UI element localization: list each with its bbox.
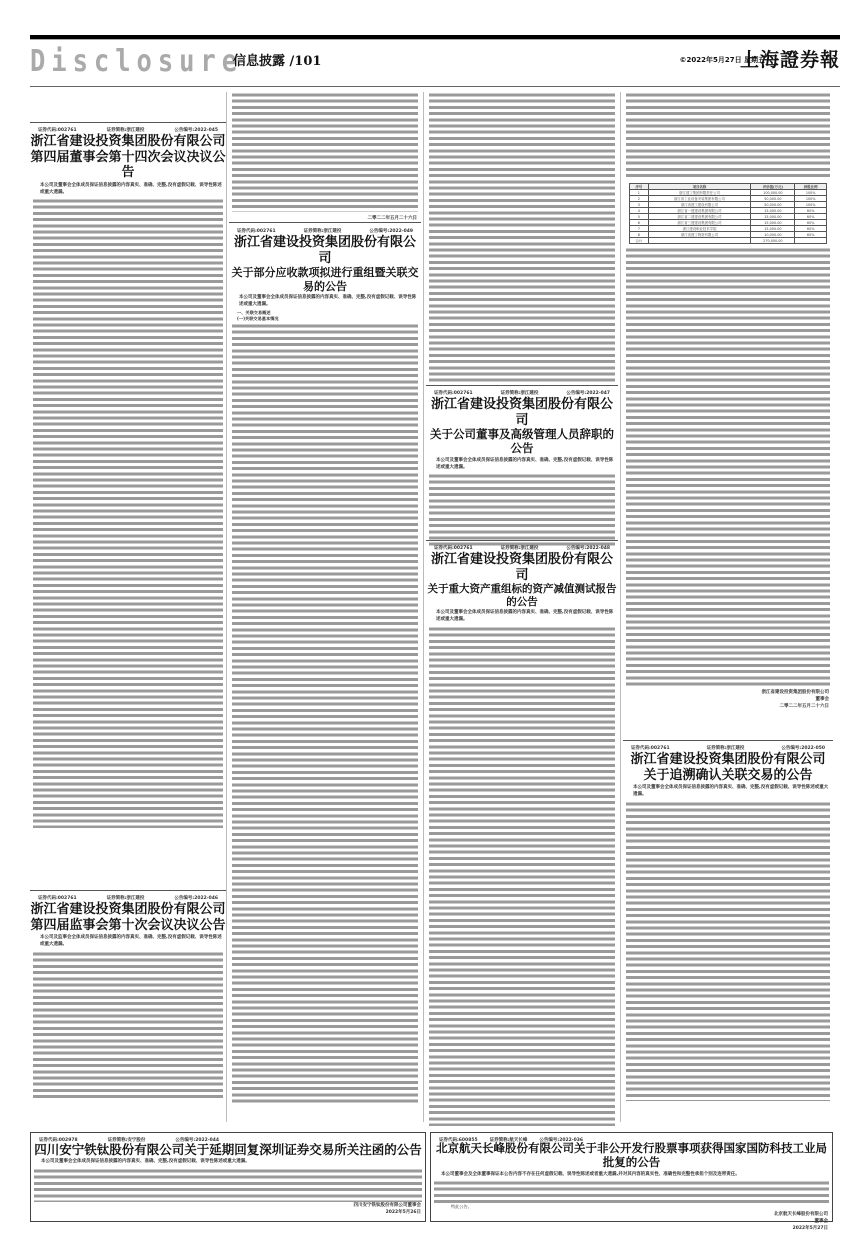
article-title-line1: 浙江省建设投资集团股份有限公司 xyxy=(30,902,226,918)
notice-title: 北京航天长峰股份有限公司关于非公开发行股票事项获得国家国防科技工业局批复的公告 xyxy=(431,1142,832,1170)
article-title-line1: 浙江省建设投资集团股份有限公司 xyxy=(623,752,833,768)
signer: 四川安宁铁钛股份有限公司董事会 xyxy=(35,1202,421,1209)
article-body xyxy=(429,473,615,548)
stock-code: 证券代码:002761 xyxy=(237,228,276,234)
stock-short-name: 证券简称:浙江建投 xyxy=(707,745,745,751)
signature-block: 北京航天长峰股份有限公司 董事会 2022年5月27日 xyxy=(431,1211,832,1235)
stock-short-name: 证券简称:浙江建投 xyxy=(107,127,145,133)
notice-number: 公告编号:2022-047 xyxy=(566,390,610,396)
article-impairment-test: 证券代码:002761 证券简称:浙江建投 公告编号:2022-048 浙江省建… xyxy=(426,540,618,1122)
article-body xyxy=(429,626,615,1126)
continuation-text xyxy=(426,92,618,382)
brand-title: Disclosure xyxy=(30,44,243,79)
notice-lead: 本公司董事会及全体董事保证本公告内容不存在任何虚假记载、误导性陈述或者重大遗漏,… xyxy=(431,1170,832,1181)
stock-short-name: 证券简称:浙江建投 xyxy=(304,228,342,234)
asset-table: 序号 项目名称 评估值(万元) 持股比例 1浙江建工集团有限责任公司100,00… xyxy=(629,183,827,244)
article-lead: 本公司及董事会全体成员保证信息披露的内容真实、准确、完整,没有虚假记载、误导性陈… xyxy=(426,608,618,626)
article-codes: 证券代码:002761 证券简称:浙江建投 公告编号:2022-047 xyxy=(426,386,618,397)
article-body xyxy=(232,323,418,1103)
article-codes: 证券代码:002761 证券简称:浙江建投 公告编号:2022-049 xyxy=(229,224,421,235)
article-lead: 本公司及董事会全体成员保证信息披露的内容真实、准确、完整,没有虚假记载、误导性陈… xyxy=(30,181,226,199)
article-body xyxy=(33,951,223,1101)
article-title-line1: 浙江省建设投资集团股份有限公司 xyxy=(426,552,618,583)
stock-code: 证券代码:002761 xyxy=(434,545,473,551)
article-lead: 本公司及监事会全体成员保证信息披露的内容真实、准确、完整,没有虚假记载、误导性陈… xyxy=(30,933,226,951)
article-body xyxy=(626,801,830,1101)
article-codes: 证券代码:002761 证券简称:浙江建投 公告编号:2022-048 xyxy=(426,541,618,552)
article-title-line2: 关于追溯确认关联交易的公告 xyxy=(623,768,833,784)
article-title-line2: 关于部分应收款项拟进行重组暨关联交易的公告 xyxy=(229,266,421,292)
continuation-text: 序号 项目名称 评估值(万元) 持股比例 1浙江建工集团有限责任公司100,00… xyxy=(623,92,833,713)
sign-date: 二零二二年五月二十六日 xyxy=(229,213,421,224)
signer: 北京航天长峰股份有限公司 xyxy=(435,1211,828,1218)
article-lead: 本公司及董事会全体成员保证信息披露的内容真实、准确、完整,没有虚假记载、误导性陈… xyxy=(426,456,618,474)
notice-lead: 本公司及董事会全体成员保证信息披露的内容真实、准确、完整,没有虚假记载、误导性陈… xyxy=(31,1157,425,1168)
column-divider xyxy=(423,92,424,1122)
article-body xyxy=(429,92,615,382)
article-title-line2: 关于重大资产重组标的资产减值测试报告的公告 xyxy=(426,583,618,608)
article-director-resignation: 证券代码:002761 证券简称:浙江建投 公告编号:2022-047 浙江省建… xyxy=(426,385,618,537)
column-divider xyxy=(620,92,621,1122)
notice-box-anning: 证券代码:002978 证券简称:安宁股份 公告编号:2022-044 四川安宁… xyxy=(30,1132,426,1222)
column-divider xyxy=(226,92,227,1122)
notice-box-changfeng: 证券代码:600855 证券简称:航天长峰 公告编号:2022-036 北京航天… xyxy=(430,1132,833,1222)
signer-body: 董事会 xyxy=(435,1218,828,1225)
sign-date: 2022年5月27日 xyxy=(435,1225,828,1232)
stock-short-name: 证券简称:浙江建投 xyxy=(501,390,539,396)
stock-code: 证券代码:002761 xyxy=(434,390,473,396)
article-lead: 本公司及董事会全体成员保证信息披露的内容真实、准确、完整,没有虚假记载、误导性陈… xyxy=(623,783,833,801)
article-related-transaction: 证券代码:002761 证券简称:浙江建投 公告编号:2022-050 浙江省建… xyxy=(623,740,833,1122)
signer-body: 董事会 xyxy=(627,696,829,703)
article-title-line1: 浙江省建设投资集团股份有限公司 xyxy=(426,397,618,428)
masthead: Disclosure 信息披露 /101 ©2022年5月27日 星期五 上海證… xyxy=(30,41,840,81)
continuation-text xyxy=(229,92,421,212)
top-rule-shadow xyxy=(30,39,840,40)
article-board-resolution: 证券代码:002761 证券简称:浙江建投 公告编号:2022-045 浙江省建… xyxy=(30,122,226,882)
notice-body xyxy=(434,1180,829,1204)
article-body xyxy=(626,247,830,687)
notice-title: 四川安宁铁钛股份有限公司关于延期回复深圳证券交易所关注函的公告 xyxy=(31,1142,425,1157)
stock-code: 证券代码:002761 xyxy=(38,127,77,133)
stock-short-name: 证券简称:浙江建投 xyxy=(107,895,145,901)
article-body xyxy=(33,198,223,828)
article-receivables-restructuring: 二零二二年五月二十六日 证券代码:002761 证券简称:浙江建投 公告编号:2… xyxy=(229,222,421,1122)
article-body xyxy=(232,92,418,212)
article-title-line1: 浙江省建设投资集团股份有限公司 xyxy=(30,134,226,150)
notice-number: 公告编号:2022-045 xyxy=(174,127,218,133)
article-codes: 证券代码:002761 证券简称:浙江建投 公告编号:2022-050 xyxy=(623,741,833,752)
cell: 合计 xyxy=(630,238,649,244)
notice-number: 公告编号:2022-046 xyxy=(174,895,218,901)
article-supervisory-resolution: 证券代码:002761 证券简称:浙江建投 公告编号:2022-046 浙江省建… xyxy=(30,890,226,1122)
notice-number: 公告编号:2022-049 xyxy=(369,228,413,234)
notice-number: 公告编号:2022-050 xyxy=(781,745,825,751)
article-lead: 本公司及董事会全体成员保证信息披露的内容真实、准确、完整,没有虚假记载、误导性陈… xyxy=(229,293,421,311)
article-body xyxy=(626,92,830,180)
table-row-total: 合计270,000.00 xyxy=(630,238,827,244)
stock-short-name: 证券简称:浙江建投 xyxy=(501,545,539,551)
signature-block: 浙江省建设投资集团股份有限公司 董事会 二零二二年五月二十六日 xyxy=(623,687,833,713)
article-title-line1: 浙江省建设投资集团股份有限公司 xyxy=(229,235,421,266)
section-title: 信息披露 /101 xyxy=(233,50,321,69)
cell xyxy=(648,238,751,244)
stock-code: 证券代码:002761 xyxy=(38,895,77,901)
signature-block: 四川安宁铁钛股份有限公司董事会 2022年5月26日 xyxy=(31,1202,425,1218)
masthead-rule xyxy=(30,86,840,87)
signer: 浙江省建设投资集团股份有限公司 xyxy=(627,689,829,696)
cell xyxy=(795,238,827,244)
notice-body xyxy=(34,1168,422,1202)
notice-number: 公告编号:2022-048 xyxy=(566,545,610,551)
cell: 270,000.00 xyxy=(751,238,795,244)
article-title-line2: 关于公司董事及高级管理人员辞职的公告 xyxy=(426,428,618,456)
article-codes: 证券代码:002761 证券简称:浙江建投 公告编号:2022-045 xyxy=(30,123,226,134)
sign-date: 二零二二年五月二十六日 xyxy=(627,703,829,710)
sign-date: 2022年5月26日 xyxy=(35,1209,421,1216)
paper-logo: 上海證券報 xyxy=(740,45,840,72)
article-title-line2: 第四届监事会第十次会议决议公告 xyxy=(30,918,226,934)
article-codes: 证券代码:002761 证券简称:浙江建投 公告编号:2022-046 xyxy=(30,891,226,902)
article-title-line2: 第四届董事会第十四次会议决议公告 xyxy=(30,150,226,181)
stock-code: 证券代码:002761 xyxy=(631,745,670,751)
